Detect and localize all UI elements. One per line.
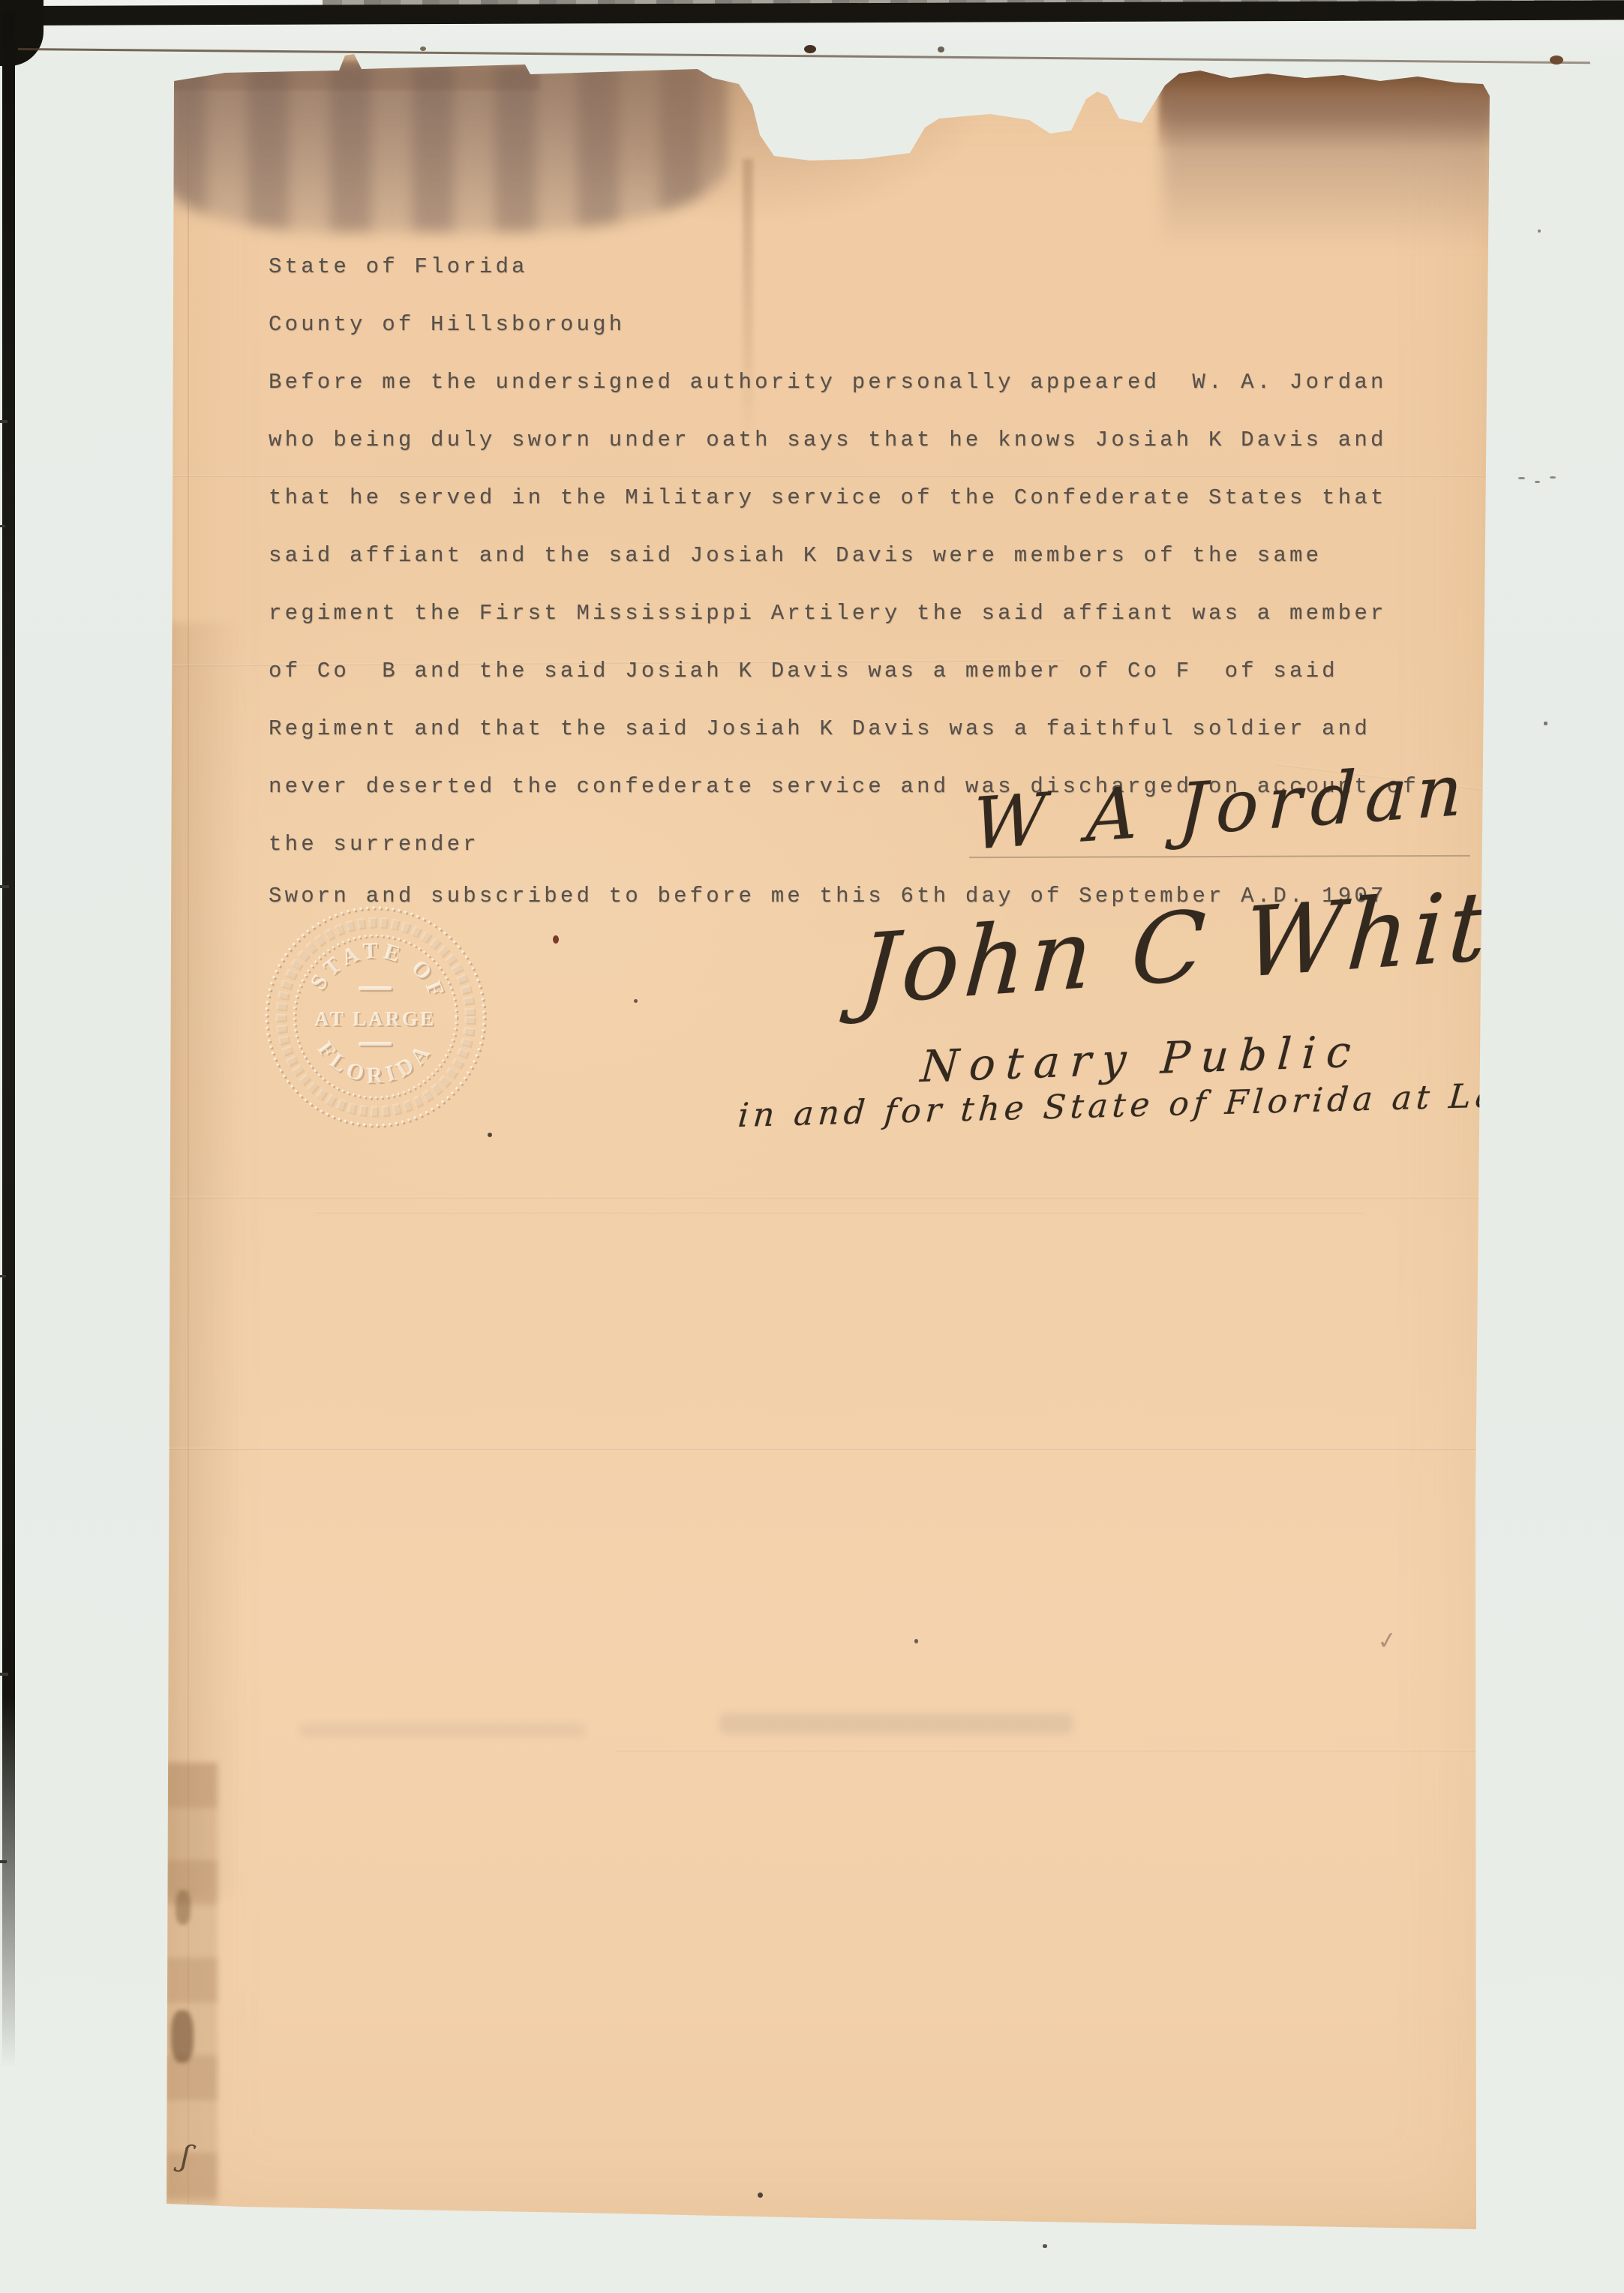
embossed-notary-seal-icon: STATE OF FLORIDA AT LARGE STATE OF FLORI…: [255, 896, 495, 1136]
scanner-edge-tick: [0, 1673, 8, 1676]
typed-line: Before me the undersigned authority pers…: [269, 353, 1419, 411]
ink-speck-red: [553, 935, 559, 944]
scanner-edge-tick: [0, 1275, 6, 1277]
dust-speck: [1518, 477, 1525, 479]
ink-speck: [488, 1133, 492, 1137]
dust-speck: [1538, 230, 1541, 233]
scanner-edge-tick: [0, 525, 5, 527]
hairline-blob: [938, 47, 944, 53]
dust-speck: [1550, 476, 1556, 479]
scanned-affidavit-page: State of FloridaCounty of HillsboroughBe…: [0, 0, 1624, 2293]
typed-line: regiment the First Mississippi Artilery …: [269, 584, 1419, 642]
fold-crease: [615, 1749, 1485, 1751]
typed-line: County of Hillsborough: [269, 296, 1419, 353]
fold-crease: [165, 1448, 1485, 1450]
typed-line: that he served in the Military service o…: [269, 469, 1419, 527]
typed-line: Regiment and that the said Josiah K Davi…: [269, 700, 1419, 758]
typed-line: State of Florida: [269, 238, 1419, 296]
dust-speck: [1544, 722, 1547, 725]
typed-line: said affiant and the said Josiah K Davis…: [269, 527, 1419, 584]
typed-line: of Co B and the said Josiah K Davis was …: [269, 642, 1419, 700]
ink-speck: [914, 1639, 918, 1643]
scanner-edge-tick: [0, 420, 8, 423]
hairline-blob: [804, 45, 816, 53]
document-paper: State of FloridaCounty of HillsboroughBe…: [165, 53, 1493, 2235]
dust-speck: [1043, 2244, 1047, 2248]
fold-crease: [315, 1211, 1365, 1214]
scanner-edge-tick: [0, 1860, 7, 1863]
fold-crease: [165, 1196, 1485, 1199]
pencil-checkmark: ✓: [1375, 1625, 1399, 1655]
scanner-top-black-bar: [12, 0, 1624, 26]
ink-speck: [758, 2192, 763, 2198]
ink-ghost-band: [720, 1714, 1073, 1733]
typed-line: who being duly sworn under oath says tha…: [269, 411, 1419, 469]
ink-speck: [634, 999, 638, 1003]
scanner-edge-tick: [0, 885, 9, 888]
ink-ghost-band: [300, 1724, 585, 1737]
dust-speck: [1535, 481, 1540, 483]
hairline-blob: [420, 47, 426, 51]
hairline-blob: [1550, 56, 1563, 65]
fold-crease-vertical: [188, 83, 189, 2205]
svg-text:AT LARGE: AT LARGE: [314, 1007, 436, 1030]
scanner-left-black-strip: [2, 12, 15, 2067]
